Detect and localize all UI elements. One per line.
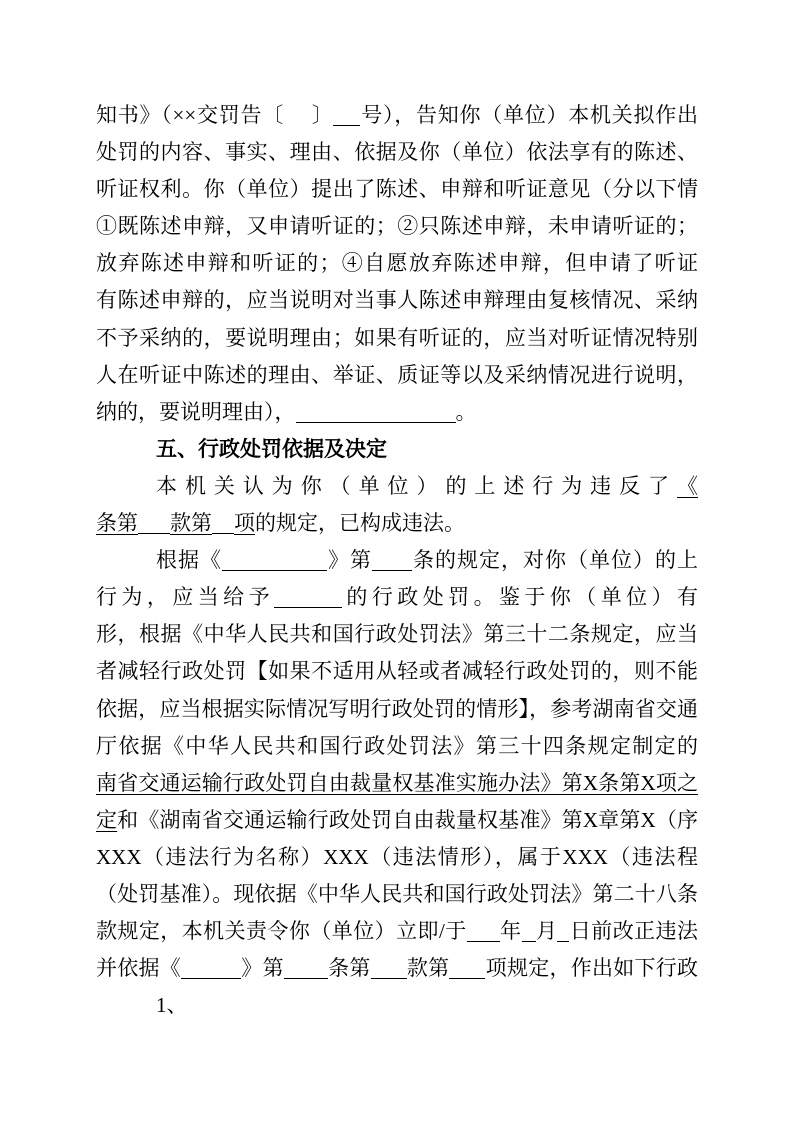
- text-line: 本机关认为你（单位）的上述行为违反了《》第: [96, 468, 698, 505]
- text-segment: 和《湖南省交通运输行政处罚自由裁量权基准》第X章第X（序号）条，: [96, 808, 698, 839]
- text-segment: 。: [456, 400, 477, 424]
- fill-in-blank: [284, 978, 328, 979]
- document-page: 知书》（××交罚告〔〕号），告知你（单位）本机关拟作出行政处罚的内容、事实、理由…: [0, 0, 793, 1122]
- text-line: 放弃陈述申辩和听证的；④自愿放弃陈述申辩，但申请了听证的。如果: [96, 245, 698, 282]
- text-segment: 》第: [241, 956, 284, 980]
- text-line: 形，根据《中华人民共和国行政处罚法》第三十二条规定，应当从轻或: [96, 616, 698, 653]
- text-segment: 形，根据《中华人民共和国行政处罚法》第三十二条规定，应当从轻或: [96, 622, 698, 653]
- text-line: 者减轻行政处罚【如果不适用从轻或者减轻行政处罚的，则不能用上述: [96, 653, 698, 690]
- text-segment: 年: [500, 919, 522, 943]
- text-segment: （处罚基准）。现依据《中华人民共和国行政处罚法》第二十八条第一: [96, 882, 698, 913]
- fill-in-blank: [467, 941, 500, 942]
- text-line: 有陈述申辩的，应当说明对当事人陈述申辩理由复核情况、采纳情况，: [96, 282, 698, 319]
- text-line: 厅依据《中华人民共和国行政处罚法》第三十四条规定制定的《湖: [96, 728, 698, 765]
- text-segment: 根据《: [156, 548, 222, 572]
- bracket-gap: [284, 121, 311, 122]
- section-heading: 五、行政处罚依据及决定: [96, 431, 698, 468]
- text-segment: 者减轻行政处罚【如果不适用从轻或者减轻行政处罚的，则不能用上述: [96, 659, 698, 690]
- text-segment: 项规定，作出如下行政处罚：: [96, 956, 698, 987]
- text-segment: 的行政处罚。鉴于你（单位）有: [342, 585, 698, 609]
- text-line: ①既陈述申辩，又申请听证的；②只陈述申辩，未申请听证的；③自愿: [96, 208, 698, 245]
- text-line: 处罚的内容、事实、理由、依据及你（单位）依法享有的陈述、申辩及: [96, 134, 698, 171]
- fill-in-blank: [372, 570, 412, 571]
- text-line: 纳的，要说明理由），。: [96, 394, 698, 431]
- text-line: 听证权利。你（单位）提出了陈述、申辩和听证意见（分以下情况说明，: [96, 171, 698, 208]
- text-segment: 的规定，已构成违法。: [255, 511, 465, 535]
- fill-in-blank: [181, 978, 241, 979]
- text-line: 依据，应当根据实际情况写明行政处罚的情形】，参考湖南省交通运输: [96, 691, 698, 728]
- fill-in-blank: [212, 533, 234, 534]
- text-segment: 厅依据《中华人民共和国行政处罚法》第三十四条规定制定的: [96, 734, 698, 758]
- fill-in-blank: [557, 941, 569, 942]
- text-line: 定和《湖南省交通运输行政处罚自由裁量权基准》第X章第X（序号）条，: [96, 802, 698, 839]
- underlined-text-segment: 项: [234, 511, 255, 535]
- text-line: XXX（违法行为名称）XXX（违法情形），属于XXX（违法程度），应当XXX: [96, 839, 698, 876]
- text-line: 人在听证中陈述的理由、举证、质证等以及采纳情况进行说明，不予采: [96, 357, 698, 394]
- text-segment: 款第: [407, 956, 450, 980]
- text-segment: 不予采纳的，要说明理由；如果有听证的，应当对听证情况特别是当事: [96, 326, 698, 357]
- text-segment: ①既陈述申辩，又申请听证的；②只陈述申辩，未申请听证的；③自愿: [96, 214, 698, 245]
- text-segment: 纳的，要说明理由），: [96, 400, 296, 424]
- text-segment: 依据，应当根据实际情况写明行政处罚的情形】，参考湖南省交通运输: [96, 697, 698, 728]
- fill-in-blank: [371, 978, 407, 979]
- fill-in-blank: [222, 570, 327, 571]
- fill-in-blank: [274, 607, 342, 608]
- text-line: 根据《》第条的规定，对你（单位）的上述违法: [96, 542, 698, 579]
- underlined-text-segment: 南省交通运输行政处罚自由裁量权基准实施办法》第X条第X项之规: [96, 771, 698, 802]
- text-segment: 款规定，本机关责令你（单位）立即/于: [96, 919, 467, 943]
- text-line: （处罚基准）。现依据《中华人民共和国行政处罚法》第二十八条第一: [96, 876, 698, 913]
- text-segment: 处罚的内容、事实、理由、依据及你（单位）依法享有的陈述、申辩及: [96, 140, 698, 171]
- text-line: 并依据《》第条第款第项规定，作出如下行政处罚：: [96, 950, 698, 987]
- text-segment: 有陈述申辩的，应当说明对当事人陈述申辩理由复核情况、采纳情况，: [96, 288, 698, 319]
- text-segment: XXX（违法行为名称）XXX（违法情形），属于XXX（违法程度），应当XXX: [96, 845, 698, 876]
- text-segment: 行为，应当给予: [96, 585, 274, 609]
- fill-in-blank: [333, 125, 360, 126]
- text-segment: 人在听证中陈述的理由、举证、质证等以及采纳情况进行说明，不予采: [96, 363, 698, 394]
- text-segment: 知书》（××交罚告〔: [96, 103, 284, 127]
- text-segment: 并依据《: [96, 956, 181, 980]
- underlined-text-segment: 款第: [170, 511, 212, 535]
- text-segment: 条第: [328, 956, 371, 980]
- text-line: 不予采纳的，要说明理由；如果有听证的，应当对听证情况特别是当事: [96, 320, 698, 357]
- text-line: 行为，应当给予的行政处罚。鉴于你（单位）有情: [96, 579, 698, 616]
- underlined-text-segment: 定: [96, 808, 117, 832]
- text-segment: 五、行政处罚依据及决定: [156, 437, 387, 461]
- text-segment: 本机关认为你（单位）的上述行为违反了: [156, 474, 677, 498]
- fill-in-blank: [522, 941, 536, 942]
- text-segment: 》第: [327, 548, 372, 572]
- text-segment: 放弃陈述申辩和听证的；④自愿放弃陈述申辩，但申请了听证的。如果: [96, 251, 698, 282]
- text-line: 南省交通运输行政处罚自由裁量权基准实施办法》第X条第X项之规: [96, 765, 698, 802]
- fill-in-blank: [138, 533, 170, 534]
- text-segment: 1、: [156, 993, 188, 1017]
- text-segment: 月: [536, 919, 558, 943]
- text-line: 款规定，本机关责令你（单位）立即/于年月日前改正违法行为，: [96, 913, 698, 950]
- fill-in-blank: [449, 978, 485, 979]
- fill-in-blank: [296, 422, 456, 423]
- text-segment: 〕: [311, 103, 334, 127]
- text-segment: 听证权利。你（单位）提出了陈述、申辩和听证意见（分以下情况说明，: [96, 177, 698, 208]
- document-body: 知书》（××交罚告〔〕号），告知你（单位）本机关拟作出行政处罚的内容、事实、理由…: [96, 97, 698, 1024]
- underlined-text-segment: 条第: [96, 511, 138, 535]
- text-line: 条第款第项的规定，已构成违法。: [96, 505, 698, 542]
- text-line: 知书》（××交罚告〔〕号），告知你（单位）本机关拟作出行政: [96, 97, 698, 134]
- list-item-number: 1、: [96, 987, 698, 1024]
- underlined-text-segment: 《: [677, 474, 698, 498]
